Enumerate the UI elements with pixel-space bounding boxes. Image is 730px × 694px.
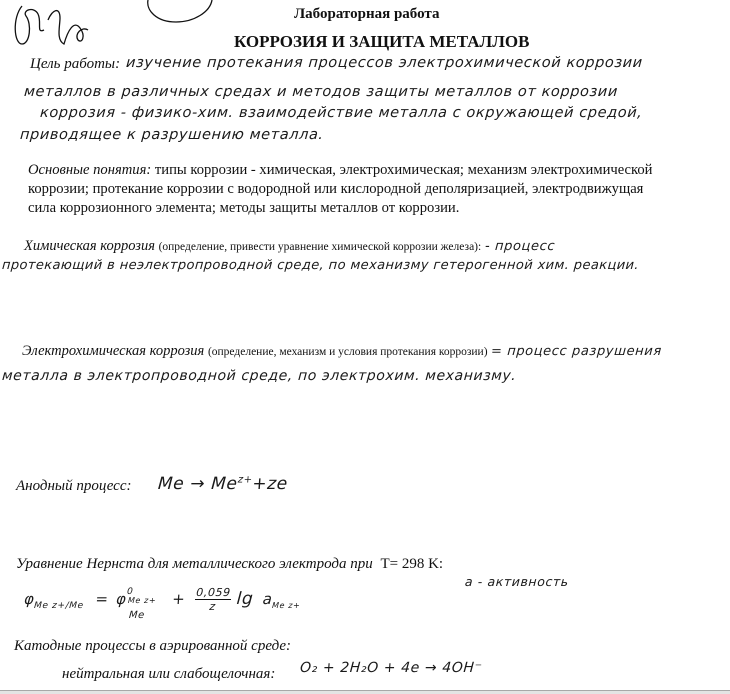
anodic-label: Анодный процесс: xyxy=(16,478,132,495)
anodic-equation: Me → Mez++ze xyxy=(157,474,288,494)
nernst-heading: Уравнение Нернста для металлического эле… xyxy=(16,556,443,573)
document-page: Лабораторная работа КОРРОЗИЯ И ЗАЩИТА МЕ… xyxy=(0,0,730,690)
goal-handwritten-line: приводящее к разрушению металла. xyxy=(19,127,324,143)
concepts-text: типы коррозии - химическая, электрохимич… xyxy=(155,162,653,178)
nernst-note: a - активность xyxy=(464,574,569,589)
concepts-line: Основные понятия: типы коррозии - химиче… xyxy=(28,162,653,179)
chemical-handwritten-line: протекающий в неэлектропроводной среде, … xyxy=(1,258,639,273)
cathodic-neutral-equation: O₂ + 2H₂O + 4e → 4OH⁻ xyxy=(299,660,483,676)
chemical-corrosion-label: Химическая коррозия xyxy=(24,238,155,254)
goal-handwritten-line: металлов в различных средах и методов за… xyxy=(23,84,618,100)
concepts-line: сила коррозионного элемента; методы защи… xyxy=(28,200,459,217)
chemical-handwritten-start: - процесс xyxy=(484,239,555,254)
concepts-line: коррозии; протекание коррозии с водородн… xyxy=(28,181,643,198)
signature-loop xyxy=(140,0,220,26)
goal-label: Цель работы: xyxy=(30,56,120,73)
nernst-condition: T= 298 K: xyxy=(380,556,443,572)
cathodic-label: Катодные процессы в аэрированной среде: xyxy=(14,638,291,655)
goal-handwritten-line: изучение протекания процессов электрохим… xyxy=(125,55,643,71)
nernst-label: Уравнение Нернста для металлического эле… xyxy=(16,556,373,572)
electrochemical-hint: (определение, механизм и условия протека… xyxy=(208,346,488,358)
goal-handwritten-line: коррозия - физико-хим. взаимодействие ме… xyxy=(39,105,643,121)
electrochemical-handwritten-start: = процесс разрушения xyxy=(491,344,663,359)
electrochemical-label: Электрохимическая коррозия xyxy=(22,343,204,359)
electrochemical-handwritten-line: металла в электропроводной среде, по эле… xyxy=(1,368,516,384)
signature-scribble xyxy=(8,0,98,48)
chemical-corrosion-heading: Химическая коррозия (определение, привес… xyxy=(24,238,555,255)
doc-subtitle: Лабораторная работа xyxy=(294,6,439,23)
viewer-bottom-bar xyxy=(0,690,730,694)
nernst-equation: φMe z+/Me = φ0 Me z+ Me + 0,059 z lg aMe… xyxy=(23,586,302,613)
cathodic-neutral-label: нейтральная или слабощелочная: xyxy=(62,666,275,683)
chemical-corrosion-hint: (определение, привести уравнение химичес… xyxy=(159,241,482,253)
doc-title: КОРРОЗИЯ И ЗАЩИТА МЕТАЛЛОВ xyxy=(234,32,529,52)
electrochemical-heading: Электрохимическая коррозия (определение,… xyxy=(22,343,662,360)
concepts-label: Основные понятия: xyxy=(28,162,151,178)
